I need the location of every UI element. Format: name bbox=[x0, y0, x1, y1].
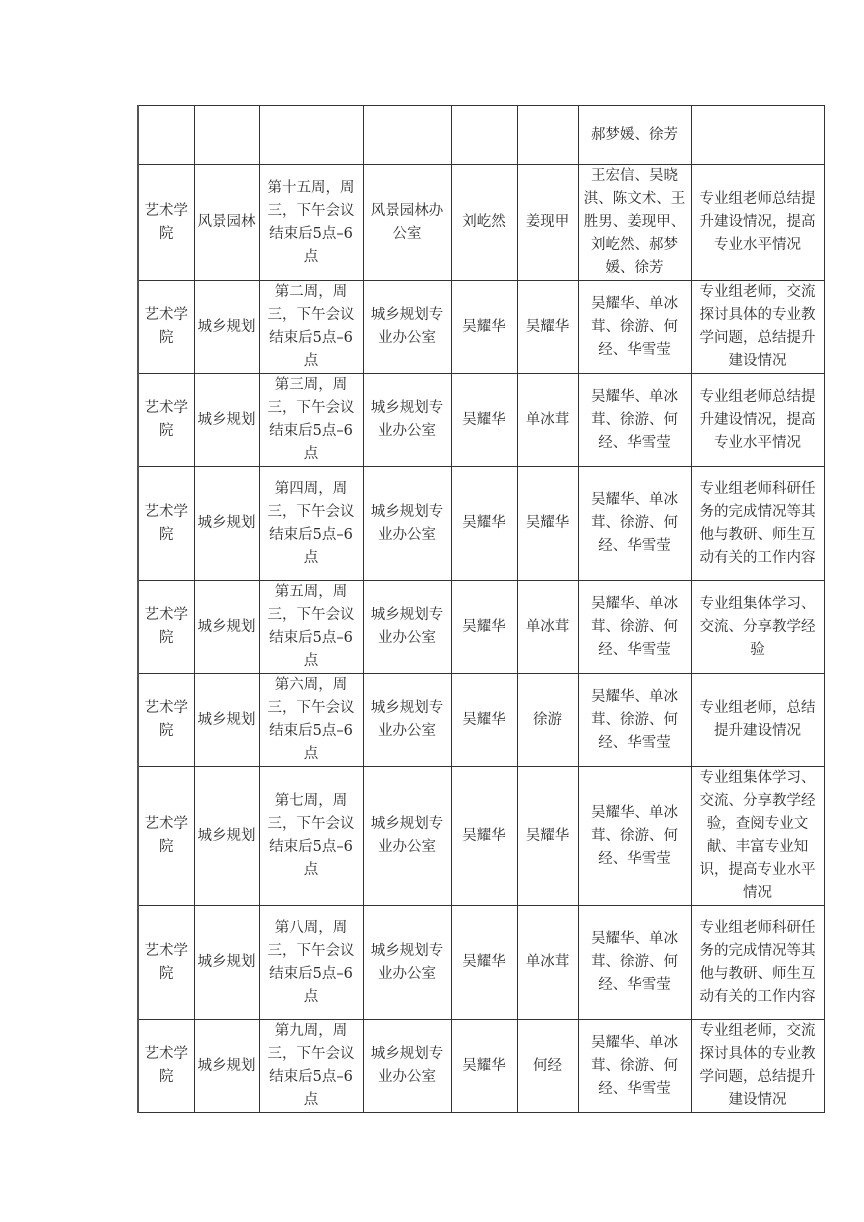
speaker-cell: 单冰茸 bbox=[517, 906, 578, 1020]
speaker-cell: 吴耀华 bbox=[517, 467, 578, 581]
major-cell: 城乡规划 bbox=[194, 281, 259, 374]
speaker-cell: 姜现甲 bbox=[517, 165, 578, 281]
college-cell: 艺术学院 bbox=[138, 581, 194, 674]
participants-cell: 吴耀华、单冰茸、徐游、何经、华雪莹 bbox=[578, 767, 691, 906]
participants-cell: 吴耀华、单冰茸、徐游、何经、华雪莹 bbox=[578, 581, 691, 674]
table-row: 艺术学院 城乡规划 第五周，周三，下午会议结束后5点–6点 城乡规划专业办公室 … bbox=[138, 581, 824, 674]
participants-cell: 王宏信、吴晓淇、陈文术、王胜男、姜现甲、刘屹然、郝梦媛、徐芳 bbox=[578, 165, 691, 281]
major-cell: 城乡规划 bbox=[194, 674, 259, 767]
speaker-cell: 徐游 bbox=[517, 674, 578, 767]
major-cell: 城乡规划 bbox=[194, 581, 259, 674]
content-cell: 专业组老师，交流探讨具体的专业教学问题，总结提升建设情况 bbox=[691, 1020, 824, 1113]
content-cell: 专业组集体学习、交流、分享教学经验 bbox=[691, 581, 824, 674]
participants-cell: 吴耀华、单冰茸、徐游、何经、华雪莹 bbox=[578, 906, 691, 1020]
participants-cell: 吴耀华、单冰茸、徐游、何经、华雪莹 bbox=[578, 674, 691, 767]
time-cell: 第四周，周三，下午会议结束后5点–6点 bbox=[259, 467, 363, 581]
content-cell: 专业组老师科研任务的完成情况等其他与教研、师生互动有关的工作内容 bbox=[691, 467, 824, 581]
college-cell: 艺术学院 bbox=[138, 165, 194, 281]
content-cell: 专业组老师，交流探讨具体的专业教学问题，总结提升建设情况 bbox=[691, 281, 824, 374]
location-cell: 城乡规划专业办公室 bbox=[363, 581, 451, 674]
location-cell: 城乡规划专业办公室 bbox=[363, 281, 451, 374]
participants-cell: 吴耀华、单冰茸、徐游、何经、华雪莹 bbox=[578, 1020, 691, 1113]
table-row: 艺术学院 城乡规划 第八周，周三，下午会议结束后5点–6点 城乡规划专业办公室 … bbox=[138, 906, 824, 1020]
time-cell: 第五周，周三，下午会议结束后5点–6点 bbox=[259, 581, 363, 674]
college-cell: 艺术学院 bbox=[138, 467, 194, 581]
speaker-cell bbox=[517, 106, 578, 165]
location-cell: 城乡规划专业办公室 bbox=[363, 374, 451, 467]
content-cell: 专业组集体学习、交流、分享教学经验，查阅专业文献、丰富专业知识，提高专业水平情况 bbox=[691, 767, 824, 906]
location-cell: 城乡规划专业办公室 bbox=[363, 1020, 451, 1113]
time-cell: 第十五周，周三，下午会议结束后5点–6点 bbox=[259, 165, 363, 281]
content-cell: 专业组老师科研任务的完成情况等其他与教研、师生互动有关的工作内容 bbox=[691, 906, 824, 1020]
table-row: 郝梦媛、徐芳 bbox=[138, 106, 824, 165]
major-cell bbox=[194, 106, 259, 165]
speaker-cell: 何经 bbox=[517, 1020, 578, 1113]
content-cell: 专业组老师总结提升建设情况，提高专业水平情况 bbox=[691, 165, 824, 281]
major-cell: 城乡规划 bbox=[194, 467, 259, 581]
major-cell: 城乡规划 bbox=[194, 374, 259, 467]
college-cell: 艺术学院 bbox=[138, 674, 194, 767]
table-row: 艺术学院 风景园林 第十五周，周三，下午会议结束后5点–6点 风景园林办公室 刘… bbox=[138, 165, 824, 281]
location-cell: 城乡规划专业办公室 bbox=[363, 674, 451, 767]
table-row: 艺术学院 城乡规划 第四周，周三，下午会议结束后5点–6点 城乡规划专业办公室 … bbox=[138, 467, 824, 581]
leader-cell: 吴耀华 bbox=[451, 281, 517, 374]
college-cell: 艺术学院 bbox=[138, 906, 194, 1020]
leader-cell: 吴耀华 bbox=[451, 1020, 517, 1113]
speaker-cell: 单冰茸 bbox=[517, 374, 578, 467]
location-cell: 风景园林办公室 bbox=[363, 165, 451, 281]
time-cell: 第八周，周三，下午会议结束后5点–6点 bbox=[259, 906, 363, 1020]
location-cell bbox=[363, 106, 451, 165]
location-cell: 城乡规划专业办公室 bbox=[363, 906, 451, 1020]
time-cell: 第三周，周三，下午会议结束后5点–6点 bbox=[259, 374, 363, 467]
content-cell bbox=[691, 106, 824, 165]
location-cell: 城乡规划专业办公室 bbox=[363, 467, 451, 581]
time-cell: 第六周，周三，下午会议结束后5点–6点 bbox=[259, 674, 363, 767]
participants-cell: 吴耀华、单冰茸、徐游、何经、华雪莹 bbox=[578, 374, 691, 467]
table-row: 艺术学院 城乡规划 第九周，周三，下午会议结束后5点–6点 城乡规划专业办公室 … bbox=[138, 1020, 824, 1113]
content-cell: 专业组老师，总结提升建设情况 bbox=[691, 674, 824, 767]
major-cell: 城乡规划 bbox=[194, 1020, 259, 1113]
college-cell: 艺术学院 bbox=[138, 767, 194, 906]
participants-cell: 吴耀华、单冰茸、徐游、何经、华雪莹 bbox=[578, 281, 691, 374]
participants-cell: 吴耀华、单冰茸、徐游、何经、华雪莹 bbox=[578, 467, 691, 581]
table-row: 艺术学院 城乡规划 第三周，周三，下午会议结束后5点–6点 城乡规划专业办公室 … bbox=[138, 374, 824, 467]
time-cell: 第二周，周三，下午会议结束后5点–6点 bbox=[259, 281, 363, 374]
leader-cell: 吴耀华 bbox=[451, 906, 517, 1020]
speaker-cell: 吴耀华 bbox=[517, 281, 578, 374]
leader-cell: 吴耀华 bbox=[451, 674, 517, 767]
table-row: 艺术学院 城乡规划 第六周，周三，下午会议结束后5点–6点 城乡规划专业办公室 … bbox=[138, 674, 824, 767]
leader-cell: 刘屹然 bbox=[451, 165, 517, 281]
location-cell: 城乡规划专业办公室 bbox=[363, 767, 451, 906]
major-cell: 风景园林 bbox=[194, 165, 259, 281]
college-cell bbox=[138, 106, 194, 165]
leader-cell: 吴耀华 bbox=[451, 374, 517, 467]
leader-cell: 吴耀华 bbox=[451, 581, 517, 674]
college-cell: 艺术学院 bbox=[138, 374, 194, 467]
college-cell: 艺术学院 bbox=[138, 1020, 194, 1113]
content-cell: 专业组老师总结提升建设情况，提高专业水平情况 bbox=[691, 374, 824, 467]
major-cell: 城乡规划 bbox=[194, 767, 259, 906]
table-row: 艺术学院 城乡规划 第二周，周三，下午会议结束后5点–6点 城乡规划专业办公室 … bbox=[138, 281, 824, 374]
speaker-cell: 吴耀华 bbox=[517, 767, 578, 906]
participants-cell: 郝梦媛、徐芳 bbox=[578, 106, 691, 165]
time-cell bbox=[259, 106, 363, 165]
table-body: 郝梦媛、徐芳 艺术学院 风景园林 第十五周，周三，下午会议结束后5点–6点 风景… bbox=[138, 106, 824, 1113]
leader-cell bbox=[451, 106, 517, 165]
table-row: 艺术学院 城乡规划 第七周，周三，下午会议结束后5点–6点 城乡规划专业办公室 … bbox=[138, 767, 824, 906]
speaker-cell: 单冰茸 bbox=[517, 581, 578, 674]
leader-cell: 吴耀华 bbox=[451, 767, 517, 906]
college-cell: 艺术学院 bbox=[138, 281, 194, 374]
teaching-research-schedule-table: 郝梦媛、徐芳 艺术学院 风景园林 第十五周，周三，下午会议结束后5点–6点 风景… bbox=[137, 105, 825, 1113]
major-cell: 城乡规划 bbox=[194, 906, 259, 1020]
leader-cell: 吴耀华 bbox=[451, 467, 517, 581]
time-cell: 第九周，周三，下午会议结束后5点–6点 bbox=[259, 1020, 363, 1113]
time-cell: 第七周，周三，下午会议结束后5点–6点 bbox=[259, 767, 363, 906]
